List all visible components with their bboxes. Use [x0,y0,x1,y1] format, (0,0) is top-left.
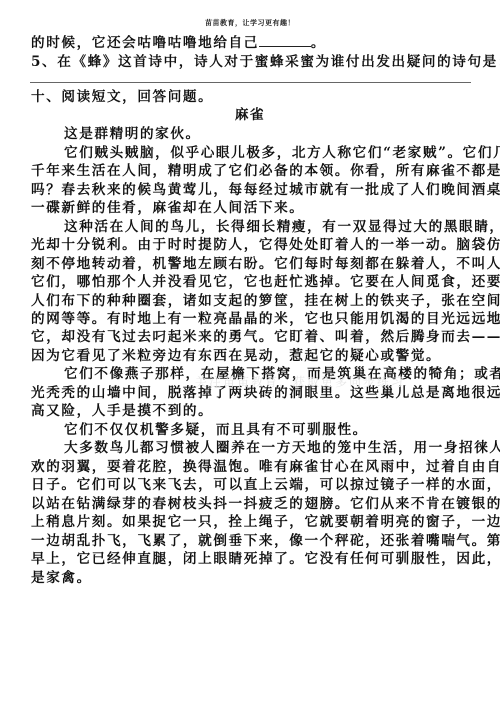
passage-line: 是家禽。 [31,569,471,587]
passage-line: 这是群精明的家伙。 [31,125,500,143]
passage-line: 它，却没有飞过去叼起米来的勇气。它盯着、叫着，然后腾身而去——这是 [31,328,471,346]
passage-line: 日子。它们可以飞来飞去，可以直上云端，可以掠过镜子一样的水面，还可 [31,476,471,494]
passage-line: 一边胡乱扑飞，飞累了，就倒垂下来，像一个秤砣，还张着嘴喘气。第二天 [31,532,471,550]
passage-line: 吗？春去秋来的候鸟黄莺儿，每每经过城市就有一批成了人们晚间酒桌上的 [31,181,471,199]
passage-line: 上稍息片刻。如果捉它一只，拴上绳子，它就要朝着明亮的窗子，一边叫， [31,513,471,531]
passage-line: 高又险，人手是摸不到的。 [31,402,471,420]
watermark: 关注苗苗教育，获取更多同步练习 [195,373,405,390]
section-heading: 十、阅读短文，回答问题。 [31,88,471,106]
page-header: 苗苗教育，让学习更有趣！ [0,18,500,28]
prev-q4-text: 的时候，它还会咕噜咕噜地给自己 [31,35,259,51]
passage-title: 麻雀 [0,106,500,124]
passage-line: 千年来生活在人间，精明成了它们必备的本领。你看，所有麻雀不都是这样 [31,162,471,180]
q5-answer-line[interactable] [30,82,471,83]
passage-line: 早上，它已经伸直腿，闭上眼睛死掉了。它没有任何可驯服性，因此，它不 [31,550,471,568]
prev-question-4-continuation: 的时候，它还会咕噜咕噜地给自己。 [31,34,471,52]
prev-question-5: 5、在《蜂》这首诗中，诗人对于蜜蜂采蜜为谁付出发出疑问的诗句是： [31,53,471,71]
prev-q4-end: 。 [311,35,326,51]
passage-line: 它们贼头贼脑，似乎心眼儿极多，北方人称它们“老家贼”。它们几 [31,144,500,162]
passage-line: 它们不仅仅机警多疑，而且具有不可驯服性。 [31,421,500,439]
passage-line: 人们布下的种种圈套，诸如支起的箩筐，挂在树上的铁夹子，张在空间透明 [31,292,471,310]
passage-line: 因为它看见了米粒旁边有东西在晃动，惹起它的疑心或警觉。 [31,347,471,365]
passage-line: 它们，哪怕那个人并没看见它，它也赶忙逃掉。它要在人间觅食，还要识破 [31,273,471,291]
passage-line: 的网等等。有时地上有一粒亮晶晶的米，它也只能用饥渴的目光远远地盯着 [31,310,471,328]
passage-line: 以站在钻满绿芽的春树枝头抖一抖疲乏的翅膀。它们从来不肯在镀银的鸟架 [31,495,471,513]
passage-line: 刻不停地转动着，机警地左顾右盼。它们每时每刻都在躲着人，不叫人接近 [31,255,471,273]
passage-line: 欢的羽翼，耍着花腔，换得温饱。唯有麻雀甘心在风雨中，过着自由自在的 [31,458,471,476]
prev-q4-answer-blank[interactable] [259,34,311,47]
passage-line: 光却十分锐利。由于时时提防人，它得处处盯着人的一举一动。脑袋仿佛一 [31,236,471,254]
passage-line: 这种活在人间的鸟儿，长得细长精瘦，有一双显得过大的黑眼睛，目 [31,218,500,236]
passage-line: 一碟新鲜的佳肴，麻雀却在人间活下来。 [31,199,471,217]
passage-line: 大多数鸟儿都习惯被人圈养在一方天地的笼中生活，用一身招徕人喜 [31,439,500,457]
